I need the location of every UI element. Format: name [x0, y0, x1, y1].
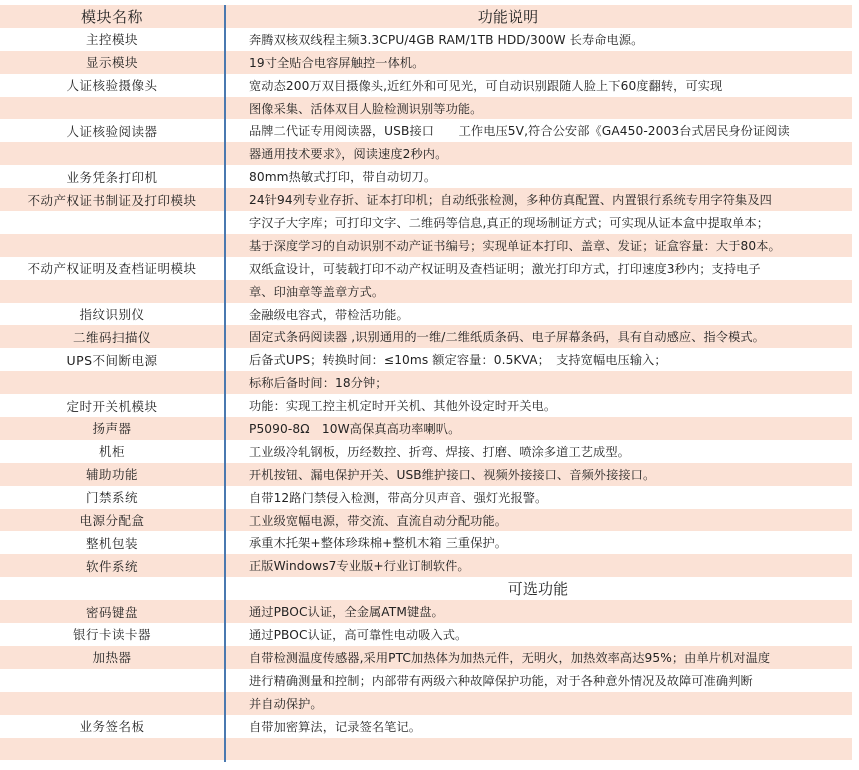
- table-row: 辅助功能开机按钮、漏电保护开关、USB维护接口、视频外接接口、音频外接接口。: [0, 463, 852, 486]
- function-desc-cell: 基于深度学习的自动识别不动产证书编号；实现单证本打印、盖章、发证；证盒容量：大于…: [224, 237, 852, 254]
- table-row: 人证核验阅读器品牌二代证专用阅读器，USB接口 工作电压5V,符合公安部《GA4…: [0, 119, 852, 142]
- table-row: 软件系统正版Windows7专业版+行业订制软件。: [0, 554, 852, 577]
- function-desc-cell: P5090-8Ω 10W高保真高功率喇叭。: [224, 420, 852, 437]
- table-row: 主控模块奔腾双核双线程主频3.3CPU/4GB RAM/1TB HDD/300W…: [0, 28, 852, 51]
- table-header: 模块名称 功能说明: [0, 5, 852, 28]
- function-desc-cell: 通过PBOC认证，全金属ATM键盘。: [224, 603, 852, 620]
- module-name-cell: 指纹识别仪: [0, 305, 224, 323]
- optional-section-title: 可选功能: [224, 578, 852, 599]
- table-row: 业务签名板自带加密算法，记录签名笔记。: [0, 715, 852, 738]
- function-desc-cell: 自带12路门禁侵入检测，带高分贝声音、强灯光报警。: [224, 489, 852, 506]
- function-desc-cell: 开机按钮、漏电保护开关、USB维护接口、视频外接接口、音频外接接口。: [224, 466, 852, 483]
- function-desc-cell: 80mm热敏式打印，带自动切刀。: [224, 168, 852, 185]
- table-row: 人证核验摄像头宽动态200万双目摄像头,近红外和可见光，可自动识别跟随人脸上下6…: [0, 74, 852, 97]
- table-row: [0, 738, 852, 761]
- table-row: 定时开关机模块功能：实现工控主机定时开关机、其他外设定时开关电。: [0, 394, 852, 417]
- function-desc-cell: 金融级电容式，带检活功能。: [224, 306, 852, 323]
- module-name-cell: 不动产权证书制证及打印模块: [0, 191, 224, 209]
- module-name-cell: 密码键盘: [0, 603, 224, 621]
- function-desc-cell: 承重木托架+整体珍珠棉+整机木箱 三重保护。: [224, 534, 852, 551]
- table-row: 二维码扫描仪固定式条码阅读器 ,识别通用的一维/二维纸质条码、电子屏幕条码，具有…: [0, 325, 852, 348]
- table-row: 指纹识别仪金融级电容式，带检活功能。: [0, 303, 852, 326]
- module-name-cell: 人证核验阅读器: [0, 122, 224, 140]
- function-desc-cell: 宽动态200万双目摄像头,近红外和可见光，可自动识别跟随人脸上下60度翻转，可实…: [224, 77, 852, 94]
- function-desc-cell: 进行精确测量和控制；内部带有两级六种故障保护功能，对于各种意外情况及故障可准确判…: [224, 672, 852, 689]
- function-desc-cell: 工业级宽幅电源，带交流、直流自动分配功能。: [224, 512, 852, 529]
- function-desc-cell: 正版Windows7专业版+行业订制软件。: [224, 557, 852, 574]
- module-name-cell: 门禁系统: [0, 488, 224, 506]
- module-name-cell: 业务凭条打印机: [0, 168, 224, 186]
- table-row: 扬声器P5090-8Ω 10W高保真高功率喇叭。: [0, 417, 852, 440]
- table-row: 门禁系统自带12路门禁侵入检测，带高分贝声音、强灯光报警。: [0, 486, 852, 509]
- function-desc-cell: 章、印油章等盖章方式。: [224, 283, 852, 300]
- module-name-cell: 业务签名板: [0, 717, 224, 735]
- function-desc-cell: 功能：实现工控主机定时开关机、其他外设定时开关电。: [224, 397, 852, 414]
- module-name-cell: 显示模块: [0, 53, 224, 71]
- table-row: 电源分配盒工业级宽幅电源，带交流、直流自动分配功能。: [0, 509, 852, 532]
- function-desc-cell: 自带加密算法，记录签名笔记。: [224, 718, 852, 735]
- module-name-cell: 电源分配盒: [0, 511, 224, 529]
- function-desc-cell: 图像采集、活体双目人脸检测识别等功能。: [224, 100, 852, 117]
- table-row: 银行卡读卡器通过PBOC认证，高可靠性电动吸入式。: [0, 623, 852, 646]
- table-row: 显示模块19寸全贴合电容屏触控一体机。: [0, 51, 852, 74]
- table-row: 密码键盘通过PBOC认证，全金属ATM键盘。: [0, 600, 852, 623]
- table-row: 并自动保护。: [0, 692, 852, 715]
- function-desc-cell: 24针94列专业存折、证本打印机；自动纸张检测，多种仿真配置、内置银行系统专用字…: [224, 191, 852, 208]
- optional-section-header: 可选功能: [0, 577, 852, 600]
- table-row: 章、印油章等盖章方式。: [0, 280, 852, 303]
- function-desc-cell: 后备式UPS；转换时间：≤10ms 额定容量：0.5KVA； 支持宽幅电压输入；: [224, 351, 852, 368]
- function-desc-cell: 标称后备时间：18分钟；: [224, 374, 852, 391]
- table-row: 不动产权证明及查档证明模块双纸盒设计，可装载打印不动产权证明及查档证明；激光打印…: [0, 257, 852, 280]
- table-row: 整机包装承重木托架+整体珍珠棉+整机木箱 三重保护。: [0, 531, 852, 554]
- function-desc-cell: 品牌二代证专用阅读器，USB接口 工作电压5V,符合公安部《GA450-2003…: [224, 122, 852, 139]
- module-name-cell: 加热器: [0, 648, 224, 666]
- function-desc-cell: 自带检测温度传感器,采用PTC加热体为加热元件，无明火，加热效率高达95%；由单…: [224, 649, 852, 666]
- table-row: 字汉子大字库；可打印文字、二维码等信息,真正的现场制证方式；可实现从证本盒中提取…: [0, 211, 852, 234]
- function-desc-cell: 字汉子大字库；可打印文字、二维码等信息,真正的现场制证方式；可实现从证本盒中提取…: [224, 214, 852, 231]
- column-divider: [224, 5, 226, 762]
- module-name-cell: 扬声器: [0, 419, 224, 437]
- function-desc-cell: 双纸盒设计，可装载打印不动产权证明及查档证明；激光打印方式，打印速度3秒内；支持…: [224, 260, 852, 277]
- function-desc-cell: 通过PBOC认证，高可靠性电动吸入式。: [224, 626, 852, 643]
- module-name-cell: 人证核验摄像头: [0, 76, 224, 94]
- spec-table: 模块名称 功能说明 主控模块奔腾双核双线程主频3.3CPU/4GB RAM/1T…: [0, 5, 852, 760]
- module-name-cell: 二维码扫描仪: [0, 328, 224, 346]
- table-row: 图像采集、活体双目人脸检测识别等功能。: [0, 97, 852, 120]
- table-row: 加热器自带检测温度传感器,采用PTC加热体为加热元件，无明火，加热效率高达95%…: [0, 646, 852, 669]
- module-name-cell: 机柜: [0, 442, 224, 460]
- table-row: 机柜工业级冷轧钢板，历经数控、折弯、焊接、打磨、喷涂多道工艺成型。: [0, 440, 852, 463]
- function-desc-cell: 奔腾双核双线程主频3.3CPU/4GB RAM/1TB HDD/300W 长寿命…: [224, 31, 852, 48]
- function-desc-cell: 19寸全贴合电容屏触控一体机。: [224, 54, 852, 71]
- table-row: 基于深度学习的自动识别不动产证书编号；实现单证本打印、盖章、发证；证盒容量：大于…: [0, 234, 852, 257]
- header-module-name: 模块名称: [0, 6, 224, 27]
- function-desc-cell: 固定式条码阅读器 ,识别通用的一维/二维纸质条码、电子屏幕条码，具有自动感应、指…: [224, 328, 852, 345]
- module-name-cell: 不动产权证明及查档证明模块: [0, 259, 224, 277]
- module-name-cell: 辅助功能: [0, 465, 224, 483]
- function-desc-cell: 工业级冷轧钢板，历经数控、折弯、焊接、打磨、喷涂多道工艺成型。: [224, 443, 852, 460]
- module-name-cell: 定时开关机模块: [0, 397, 224, 415]
- module-name-cell: 主控模块: [0, 30, 224, 48]
- function-desc-cell: 并自动保护。: [224, 695, 852, 712]
- table-row: 业务凭条打印机80mm热敏式打印，带自动切刀。: [0, 165, 852, 188]
- table-row: UPS不间断电源后备式UPS；转换时间：≤10ms 额定容量：0.5KVA； 支…: [0, 348, 852, 371]
- header-function-desc: 功能说明: [224, 6, 852, 27]
- table-row: 标称后备时间：18分钟；: [0, 371, 852, 394]
- table-row: 器通用技术要求》，阅读速度2秒内。: [0, 142, 852, 165]
- module-name-cell: 软件系统: [0, 557, 224, 575]
- table-row: 不动产权证书制证及打印模块24针94列专业存折、证本打印机；自动纸张检测，多种仿…: [0, 188, 852, 211]
- table-row: 进行精确测量和控制；内部带有两级六种故障保护功能，对于各种意外情况及故障可准确判…: [0, 669, 852, 692]
- module-name-cell: UPS不间断电源: [0, 351, 224, 369]
- module-name-cell: 整机包装: [0, 534, 224, 552]
- module-name-cell: 银行卡读卡器: [0, 625, 224, 643]
- function-desc-cell: 器通用技术要求》，阅读速度2秒内。: [224, 145, 852, 162]
